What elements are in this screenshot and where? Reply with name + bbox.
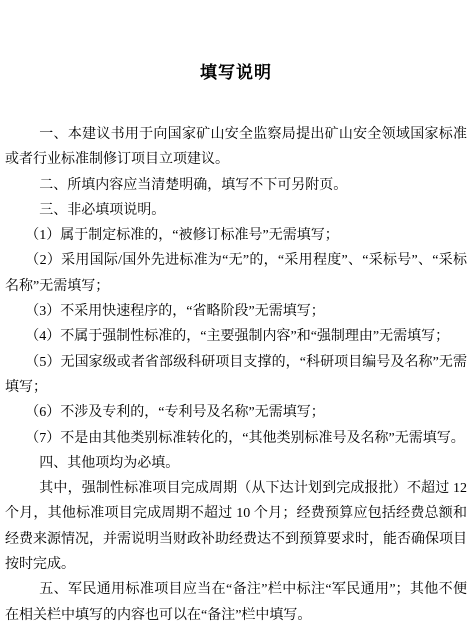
page-title: 填写说明: [0, 63, 472, 83]
document-body: 一、本建议书用于向国家矿山安全监察局提出矿山安全领域国家标准或者行业标准制修订项…: [0, 122, 472, 626]
paragraph-section-4: 四、其他项均为必填。: [5, 451, 467, 476]
paragraph-item-4: （4）不属于强制性标准的，“主要强制内容”和“强制理由”无需填写；: [5, 324, 467, 349]
paragraph-item-7: （7）不是由其他类别标准转化的，“其他类别标准号及名称”无需填写。: [5, 426, 467, 451]
document-page: 填写说明 一、本建议书用于向国家矿山安全监察局提出矿山安全领域国家标准或者行业标…: [0, 0, 472, 626]
paragraph-section-5: 五、军民通用标准项目应当在“备注”栏中标注“军民通用”；其他不便在相关栏中填写的…: [5, 577, 467, 626]
paragraph-item-5: （5）无国家级或者省部级科研项目支撑的，“科研项目编号及名称”无需填写；: [5, 350, 467, 401]
paragraph-section-1: 一、本建议书用于向国家矿山安全监察局提出矿山安全领域国家标准或者行业标准制修订项…: [5, 122, 467, 173]
paragraph-section-4-detail: 其中，强制性标准项目完成周期（从下达计划到完成报批）不超过 12 个月，其他标准…: [5, 476, 467, 577]
paragraph-item-3: （3）不采用快速程序的，“省略阶段”无需填写；: [5, 299, 467, 324]
paragraph-item-6: （6）不涉及专利的，“专利号及名称”无需填写；: [5, 400, 467, 425]
paragraph-item-1: （1）属于制定标准的，“被修订标准号”无需填写；: [5, 223, 467, 248]
paragraph-section-3: 三、非必填项说明。: [5, 198, 467, 223]
paragraph-item-2: （2）采用国际/国外先进标准为“无”的，“采用程度”、“采标号”、“采标名称”无…: [5, 248, 467, 299]
paragraph-section-2: 二、所填内容应当清楚明确，填写不下可另附页。: [5, 173, 467, 198]
